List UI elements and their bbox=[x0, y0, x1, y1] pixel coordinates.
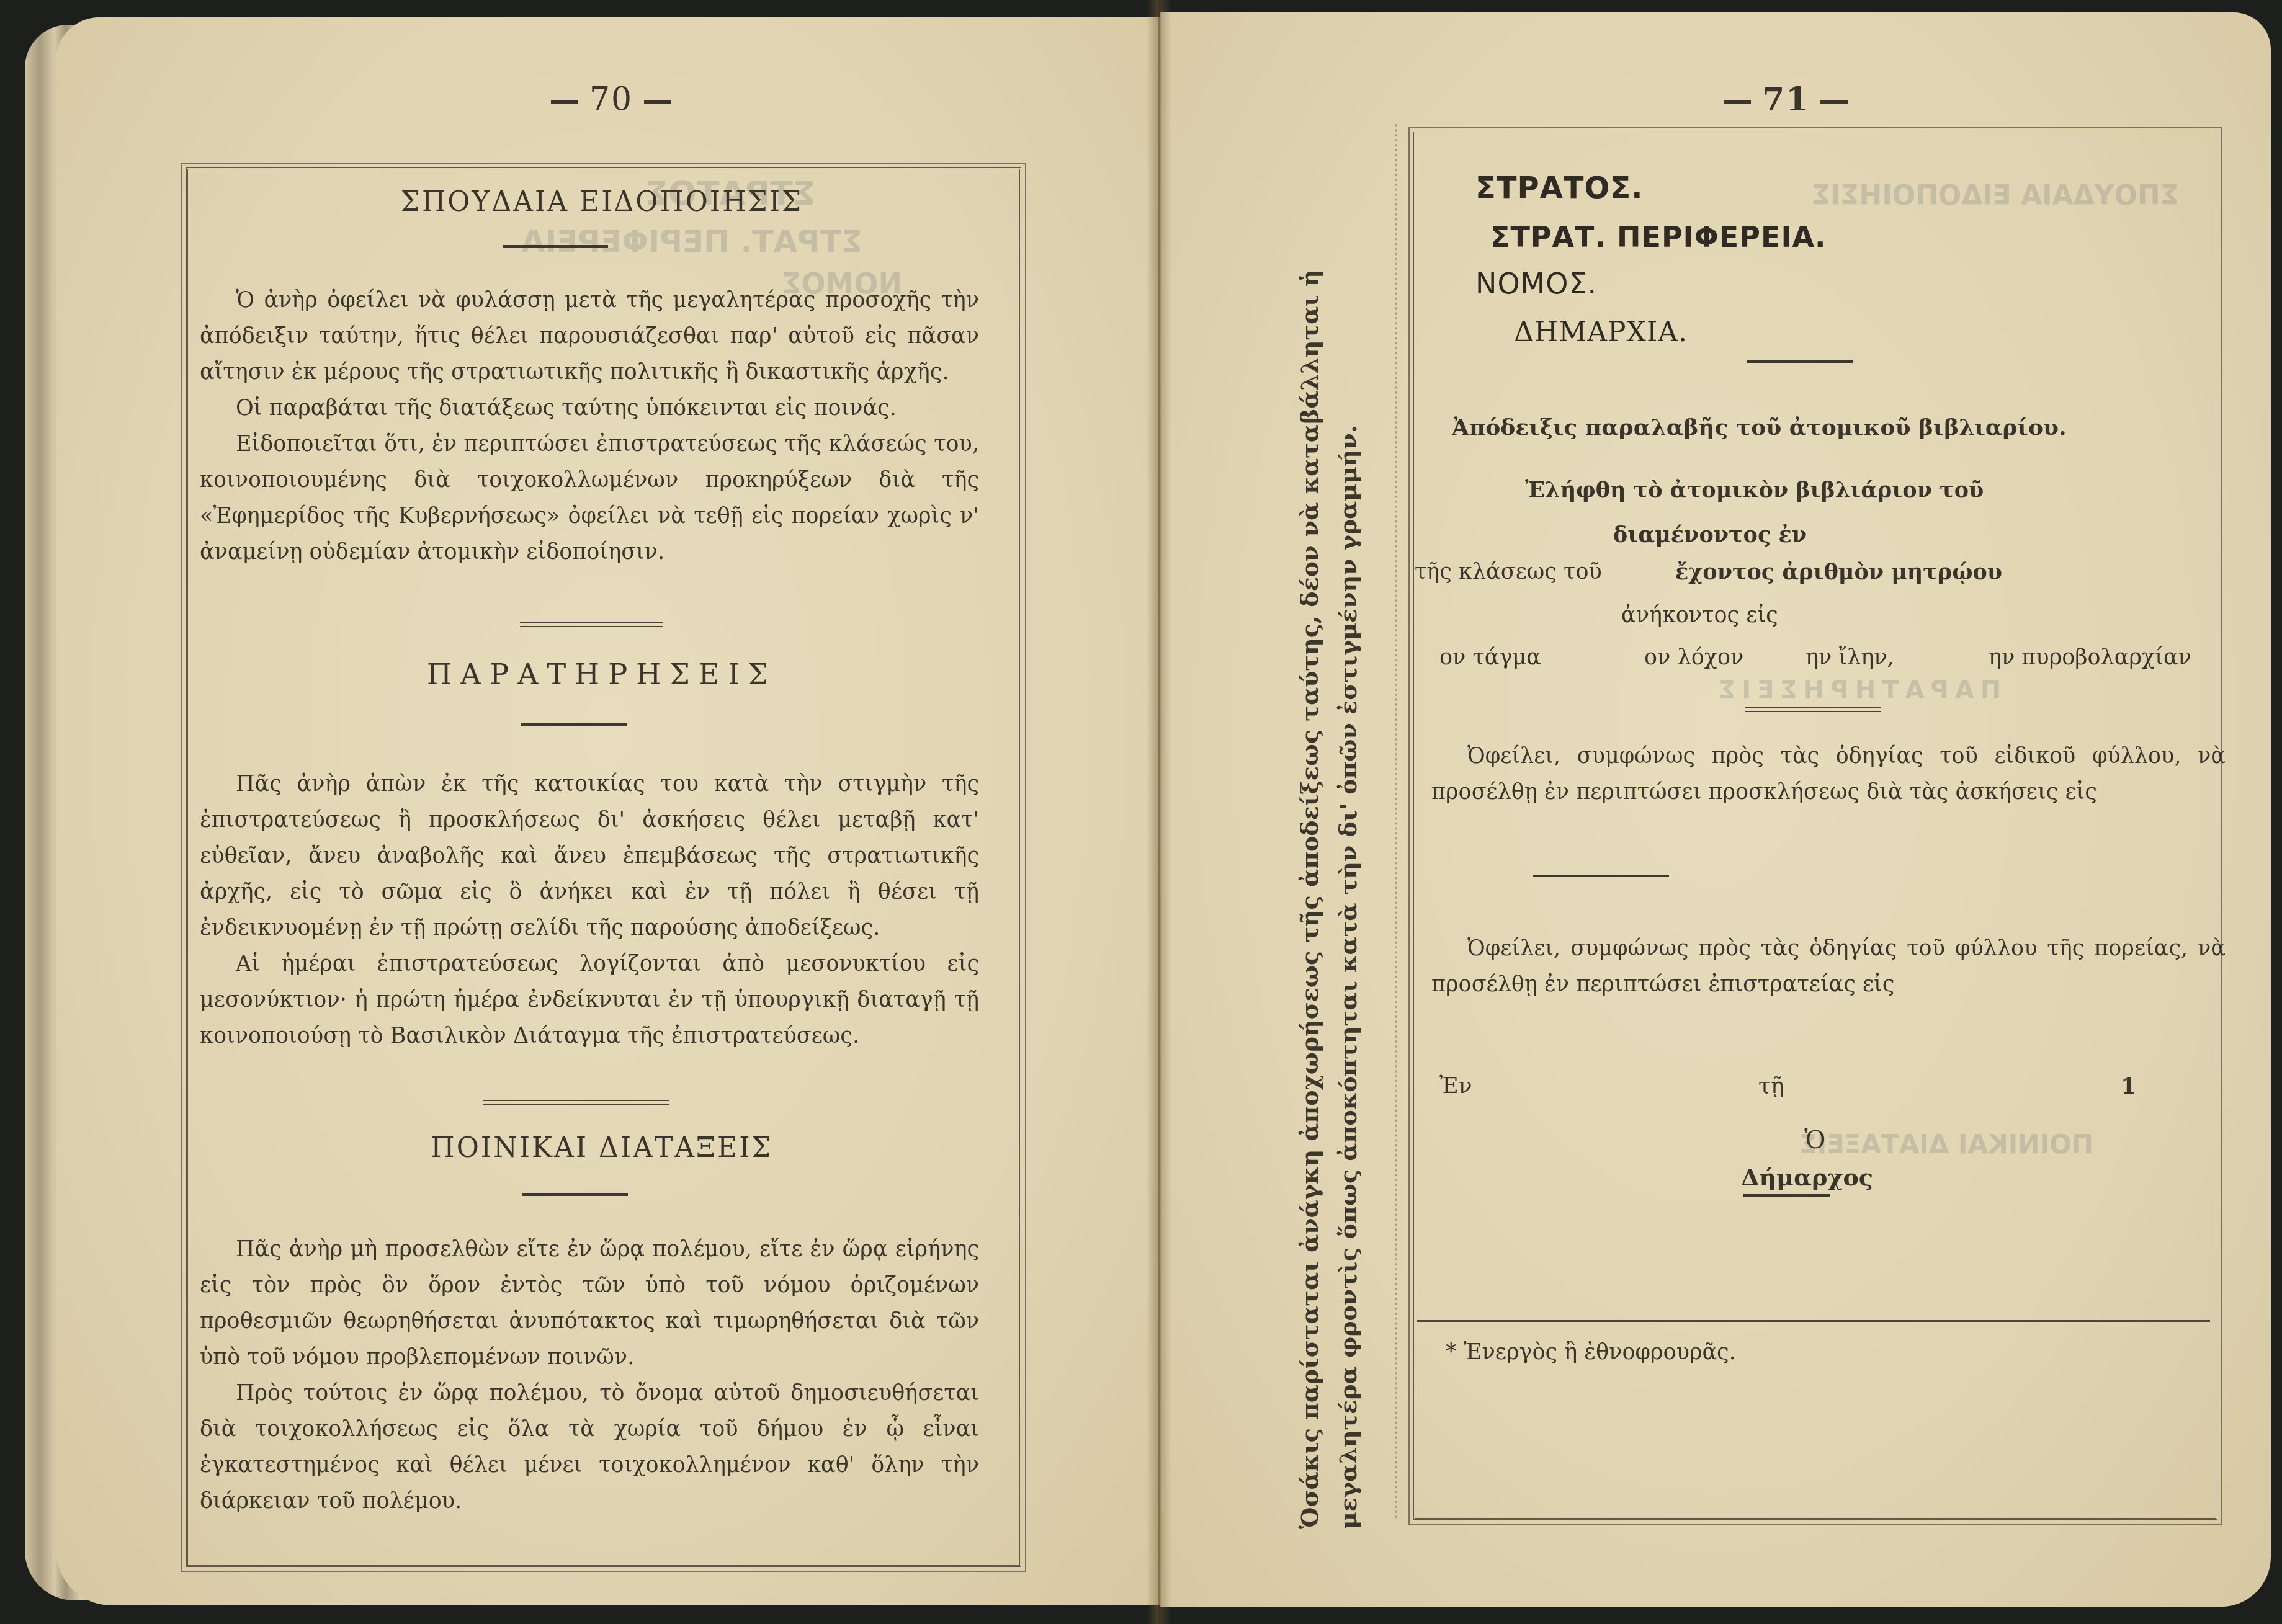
book-gutter bbox=[1147, 0, 1171, 1624]
field-military-district: ΣΤΡΑΤ. ΠΕΡΙΦΕΡΕΙΑ. bbox=[1490, 220, 1827, 254]
paragraph: Ὁ ἀνὴρ ὀφείλει νὰ φυλάσσῃ μετὰ τῆς μεγαλ… bbox=[186, 282, 993, 390]
signature-mayor: Δήμαρχος bbox=[1741, 1163, 1873, 1191]
form-line-registry-number: ἔχοντος ἀριθμὸν μητρῴου bbox=[1675, 560, 2002, 585]
obligation-mobilization: Ὀφείλει, συμφώνως πρὸς τὰς ὁδηγίας τοῦ φ… bbox=[1418, 930, 2239, 1002]
form-line-class: τῆς κλάσεως τοῦ bbox=[1415, 560, 1602, 584]
perforated-cut-line bbox=[1395, 124, 1397, 1520]
divider bbox=[1747, 360, 1853, 363]
observations-body: Πᾶς ἀνὴρ ἀπὼν ἐκ τῆς κατοικίας του κατὰ … bbox=[186, 766, 993, 1054]
divider bbox=[521, 723, 627, 726]
footnote: * Ἐνεργὸς ἢ ἐθνοφρουρᾶς. bbox=[1446, 1340, 1736, 1365]
unit-company: ον λόχον bbox=[1644, 645, 1743, 670]
page-number: 70 bbox=[540, 81, 682, 118]
unit-battalion: ον τάγμα bbox=[1439, 645, 1541, 670]
divider bbox=[503, 245, 608, 248]
book-spread: ΣΤΡΑΤΟΣ ΣΤΡΑΤ. ΠΕΡΙΦΕΡΕΙΑ ΝΟΜΟΣ ΣΠΟΥΔΑΙΑ… bbox=[0, 0, 2282, 1624]
page-number: 71 bbox=[1712, 81, 1859, 118]
paragraph: Αἱ ἡμέραι ἐπιστρατεύσεως λογίζονται ἀπὸ … bbox=[186, 946, 993, 1054]
signature-article: Ὁ bbox=[1804, 1126, 1825, 1154]
form-line-received: Ἐλήφθη τὸ ἀτομικὸν βιβλιάριον τοῦ bbox=[1525, 478, 1984, 503]
unit-battery: ην πυροβολαρχίαν bbox=[1989, 645, 2191, 670]
underline bbox=[1533, 875, 1669, 877]
date-the: τῇ bbox=[1758, 1073, 1784, 1099]
form-line-residing: διαμένοντος ἐν bbox=[1613, 522, 1807, 548]
paragraph: Πᾶς ἀνὴρ μὴ προσελθὼν εἴτε ἐν ὥρᾳ πολέμο… bbox=[186, 1231, 993, 1375]
date-in: Ἐν bbox=[1439, 1073, 1472, 1099]
field-army: ΣΤΡΑΤΟΣ. bbox=[1475, 171, 1643, 205]
section-heading: ΠΟΙΝΙΚΑΙ ΔΙΑΤΑΞΕΙΣ bbox=[186, 1132, 1018, 1164]
notice-title: ΣΠΟΥΔΑΙΑ ΕΙΔΟΠΟΙΗΣΙΣ bbox=[186, 186, 1018, 218]
receipt-title: Ἀπόδειξις παραλαβῆς τοῦ ἀτομικοῦ βιβλιαρ… bbox=[1452, 414, 2066, 440]
divider bbox=[1743, 1194, 1830, 1197]
paragraph: Πρὸς τούτοις ἐν ὥρᾳ πολέμου, τὸ ὄνομα αὐ… bbox=[186, 1375, 993, 1519]
field-prefecture: ΝΟΜΟΣ. bbox=[1475, 267, 1597, 300]
divider bbox=[522, 1193, 628, 1196]
unit-squadron: ην ἴλην, bbox=[1805, 645, 1894, 670]
footnote-rule bbox=[1417, 1320, 2210, 1322]
paragraph: Οἱ παραβάται τῆς διατάξεως ταύτης ὑπόκει… bbox=[186, 390, 993, 426]
margin-note-vertical: Ὁσάκις παρίσταται ἀνάγκη ἀποχωρήσεως τῆς… bbox=[1291, 164, 1367, 1529]
form-line-belonging: ἀνήκοντος εἰς bbox=[1621, 603, 1778, 628]
paragraph: Εἰδοποιεῖται ὅτι, ἐν περιπτώσει ἐπιστρατ… bbox=[186, 426, 993, 570]
date-year-digit: 1 bbox=[2121, 1073, 2136, 1099]
penal-body: Πᾶς ἀνὴρ μὴ προσελθὼν εἴτε ἐν ὥρᾳ πολέμο… bbox=[186, 1231, 993, 1519]
paragraph: Πᾶς ἀνὴρ ἀπὼν ἐκ τῆς κατοικίας του κατὰ … bbox=[186, 766, 993, 946]
divider bbox=[520, 622, 663, 627]
notice-body: Ὁ ἀνὴρ ὀφείλει νὰ φυλάσσῃ μετὰ τῆς μεγαλ… bbox=[186, 282, 993, 570]
field-municipality: ΔΗΜΑΡΧΙΑ. bbox=[1514, 316, 1688, 348]
divider bbox=[1745, 707, 1881, 712]
divider bbox=[483, 1100, 669, 1105]
section-heading: ΠΑΡΑΤΗΡΗΣΕΙΣ bbox=[186, 658, 1018, 691]
obligation-exercises: Ὀφείλει, συμφώνως πρὸς τὰς ὁδηγίας τοῦ ε… bbox=[1418, 738, 2239, 810]
